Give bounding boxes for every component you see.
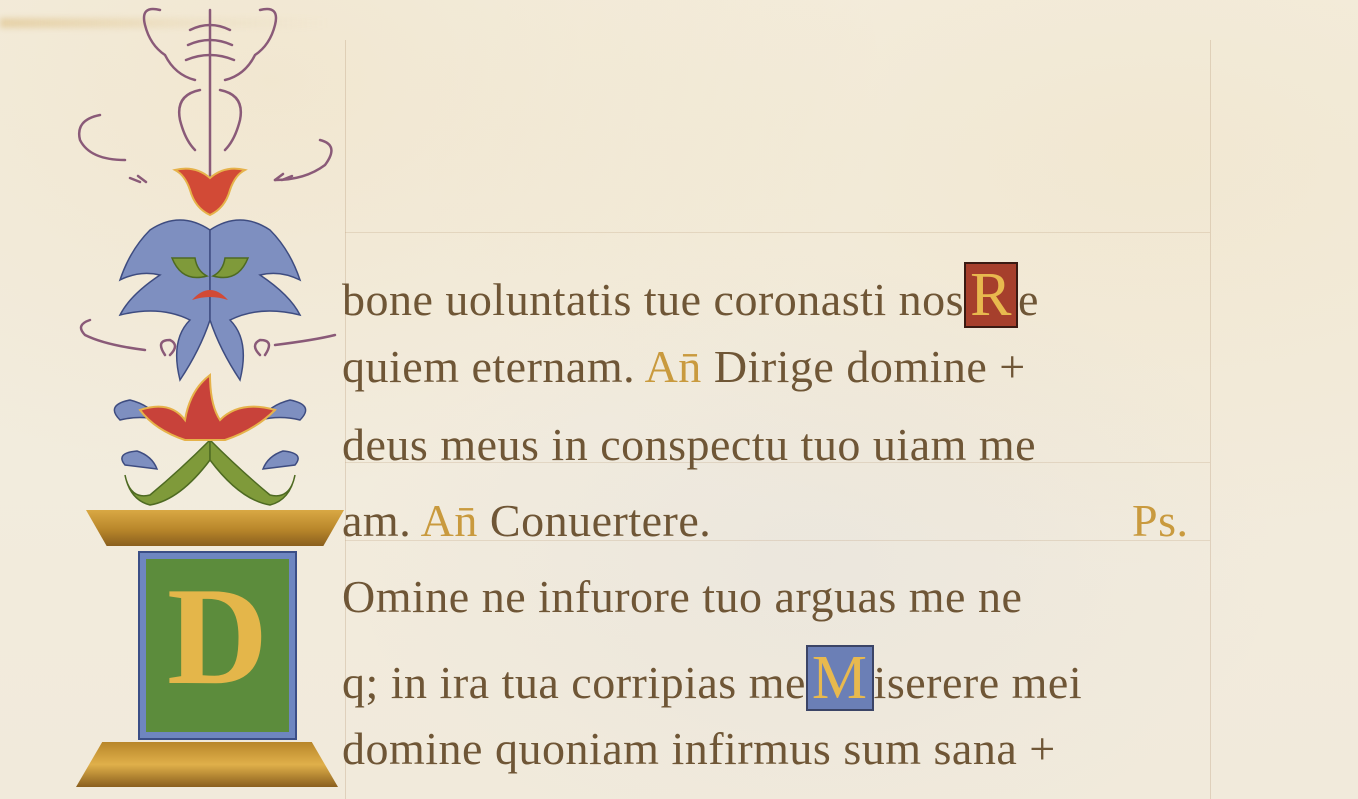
text-line-3: deus meus in conspectu tuo uiam me — [342, 418, 1036, 471]
initial-letter-D: D — [146, 567, 289, 707]
ruling-line — [345, 232, 1210, 233]
initial-M: M — [806, 645, 874, 711]
text-segment: iserere mei — [874, 657, 1083, 708]
ruling-line-right — [1210, 40, 1211, 799]
text-segment: deus meus in conspectu tuo uiam me — [342, 419, 1036, 470]
text-segment: bone uoluntatis tue coronasti nos — [342, 274, 964, 325]
text-line-7: domine quoniam infirmus sum sana + — [342, 722, 1056, 775]
gold-entablature-base — [76, 742, 338, 787]
text-segment: e — [1018, 274, 1039, 325]
border-decoration: D — [60, 0, 360, 799]
rubric-antiphon: An̄ — [421, 495, 478, 546]
text-segment: q; in ira tua corripias me — [342, 657, 806, 708]
text-segment: Dirige domine + — [714, 341, 1026, 392]
text-segment: domine quoniam infirmus sum sana + — [342, 723, 1056, 774]
historiated-initial-D: D — [140, 553, 295, 738]
text-line-1: bone uoluntatis tue coronasti nosRe — [342, 262, 1039, 328]
text-segment: Conuertere. — [490, 495, 711, 546]
initial-R: R — [964, 262, 1018, 328]
text-segment: am. — [342, 495, 411, 546]
rubric-psalm: Ps. — [1132, 494, 1188, 547]
text-segment: quiem eternam. — [342, 341, 635, 392]
text-line-4: am. An̄ Conuertere. Ps. — [342, 494, 711, 547]
rubric-antiphon: An̄ — [645, 341, 702, 392]
text-line-2: quiem eternam. An̄ Dirige domine + — [342, 340, 1026, 393]
text-line-5: Omine ne infurore tuo arguas me ne — [342, 570, 1022, 623]
text-line-6: q; in ira tua corripias meMiserere mei — [342, 645, 1082, 711]
gold-entablature-top — [86, 510, 344, 546]
text-segment: Omine ne infurore tuo arguas me ne — [342, 571, 1022, 622]
